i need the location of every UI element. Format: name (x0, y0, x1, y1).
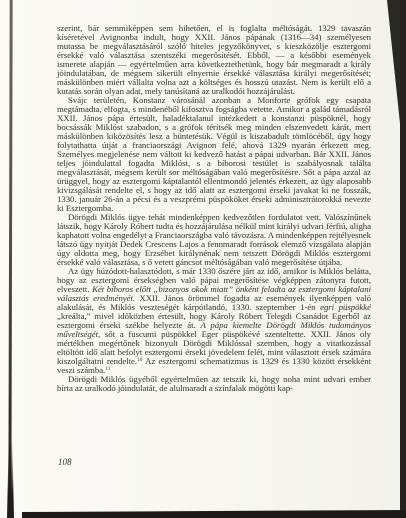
text-block: szerint, bár semmiképpen sem hihetően, e… (57, 24, 371, 393)
paragraph: Dörögdi Miklós ügyéből egyértelműen az t… (57, 375, 371, 393)
paragraph: Dörögdi Miklós ügye tehát mindenképpen k… (57, 213, 371, 267)
text-run: Dörögdi Miklós ügye tehát mindenképpen k… (57, 212, 371, 267)
paragraph: Svájc területén, Konstanz városánál azon… (57, 96, 371, 213)
book-page: szerint, bár semmiképpen sem hihetően, e… (0, 0, 406, 518)
scan-edge-bottom (22, 510, 406, 518)
text-run: szerint, bár semmiképpen sem hihetően, e… (57, 23, 371, 96)
paragraph: szerint, bár semmiképpen sem hihetően, e… (57, 24, 371, 96)
paragraph: Az ügy húzódott-halasztódott, s már 1330… (57, 267, 371, 375)
page-number: 108 (58, 457, 72, 467)
text-run: Dörögdi Miklós ügyéből egyértelműen az t… (57, 374, 371, 393)
footnote-ref: 11 (105, 366, 110, 372)
text-run: Svájc területén, Konstanz városánál azon… (57, 95, 371, 213)
scan-edge-right (400, 0, 406, 518)
